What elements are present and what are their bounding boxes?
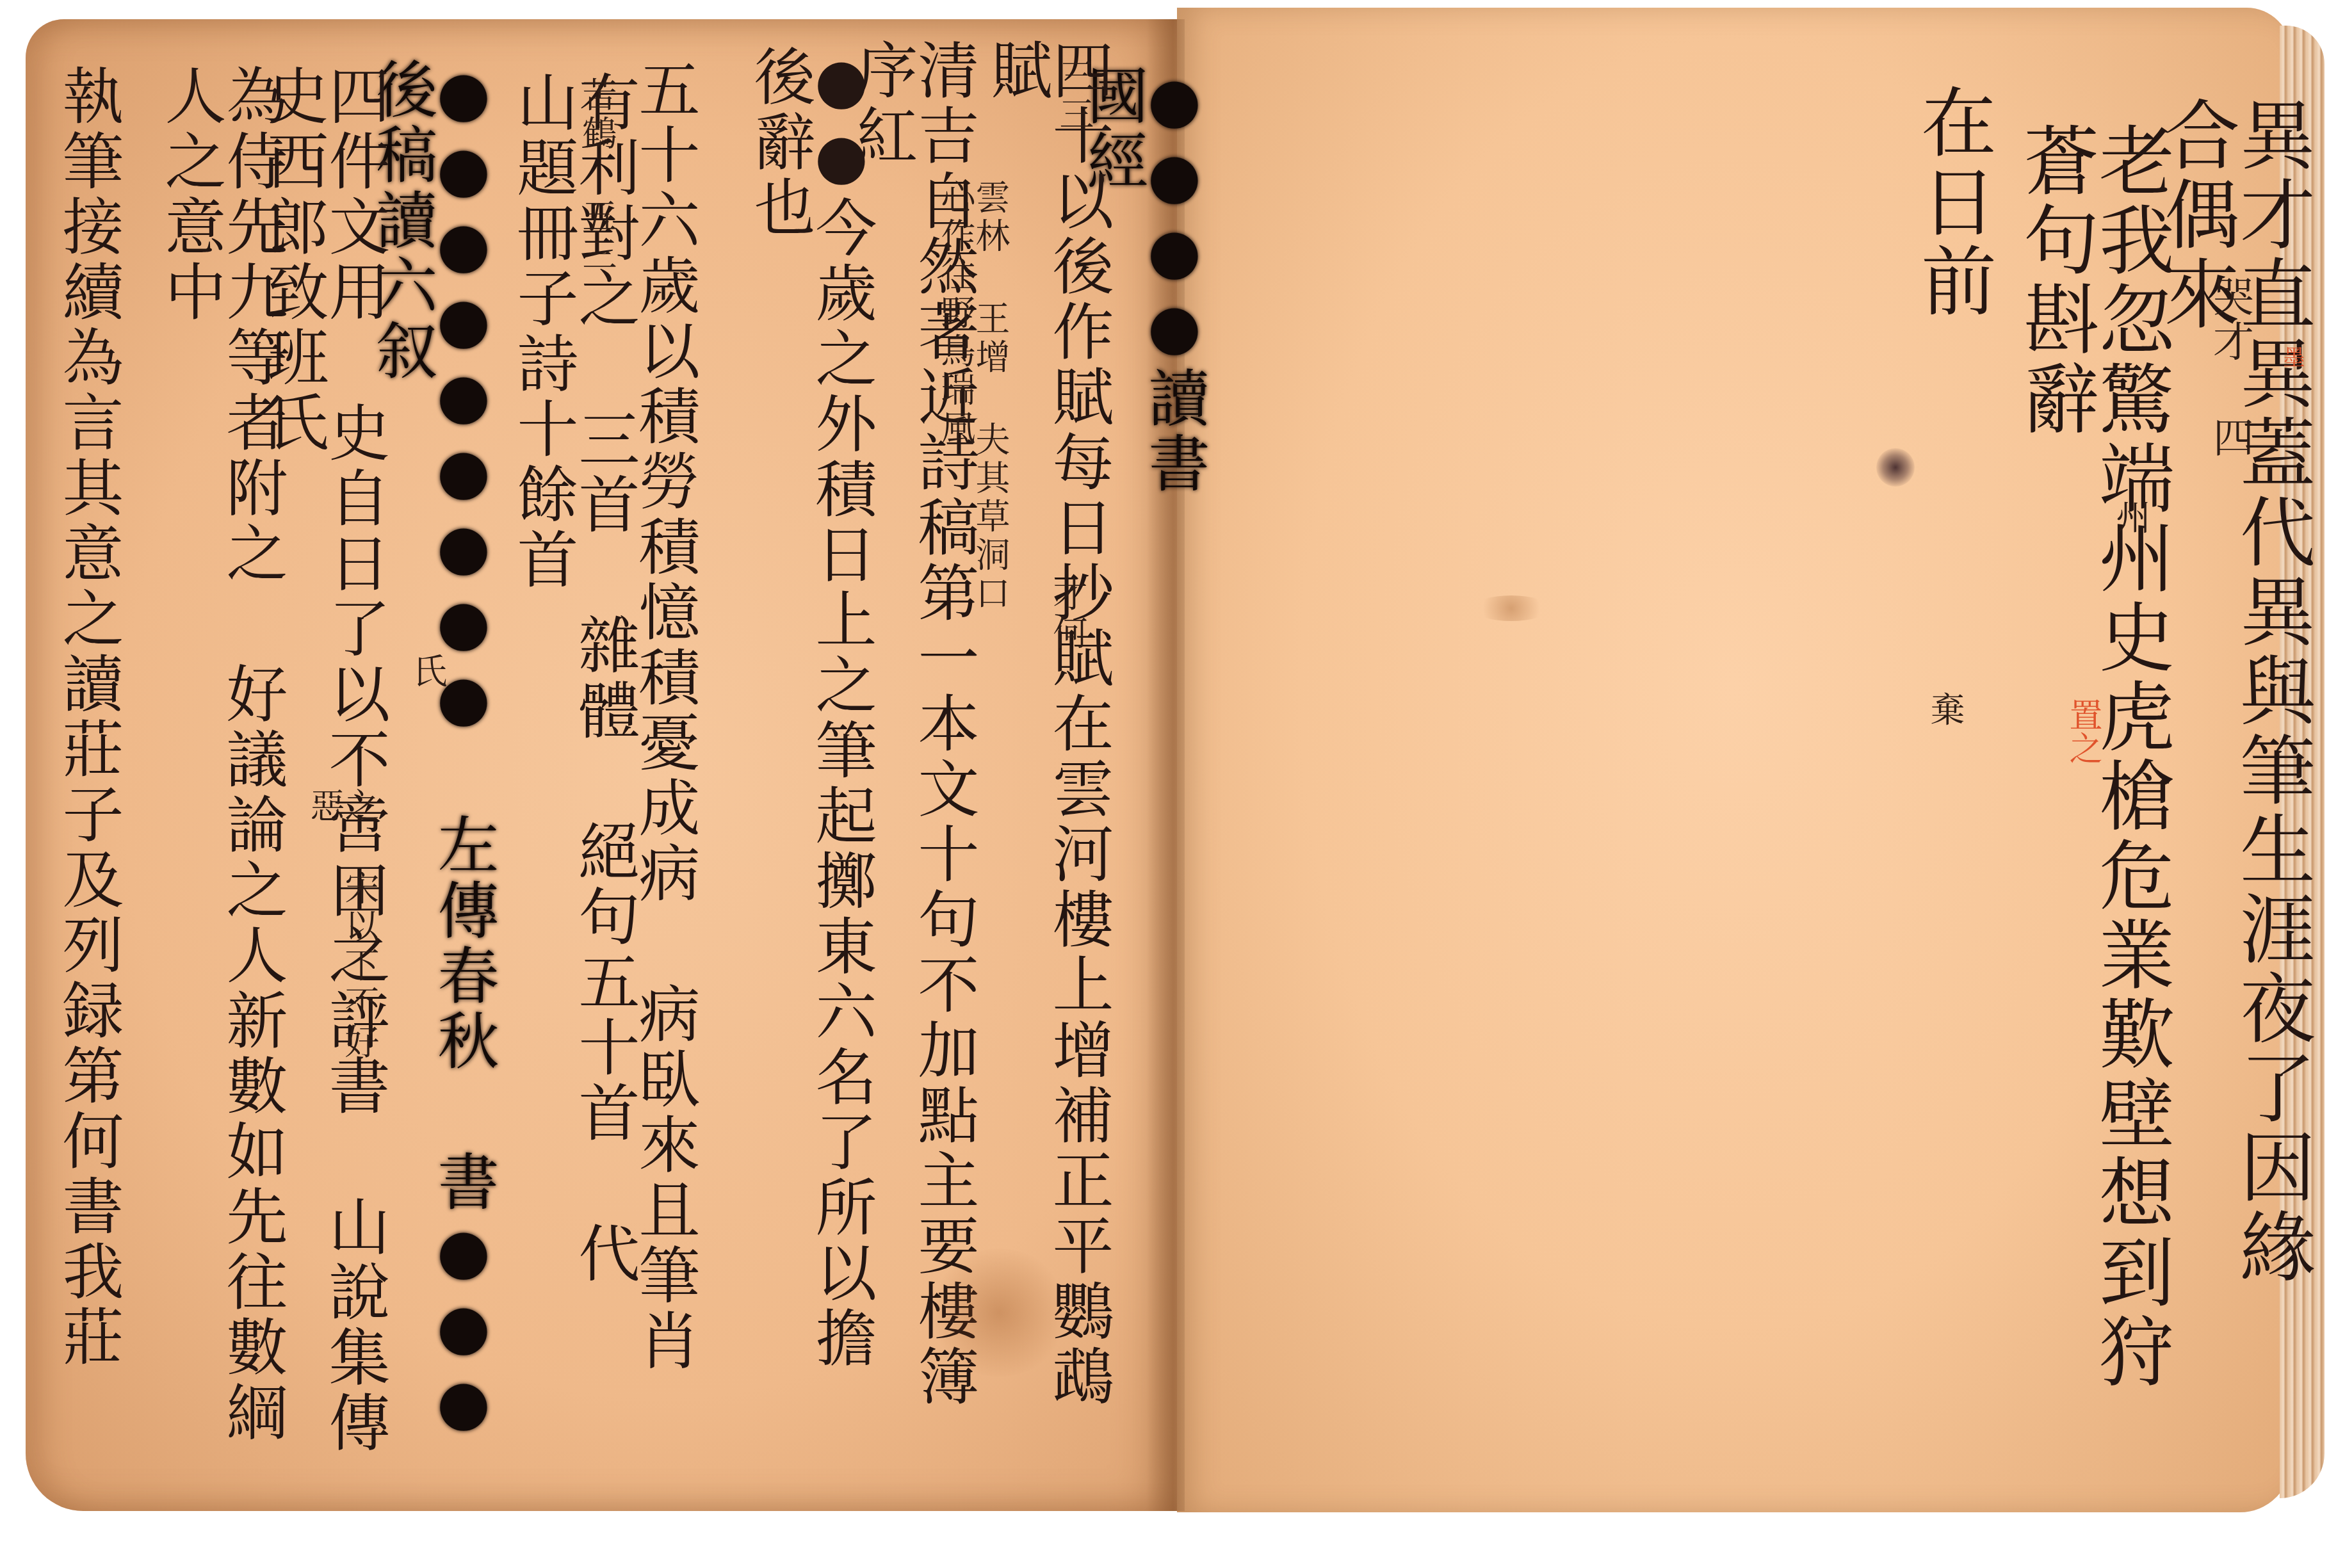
left-annotation-2a: 三三 — [1057, 58, 1091, 134]
red-seal-mark: 置之 — [2059, 698, 2107, 764]
left-annotation-7: 氏 — [410, 653, 444, 691]
water-stain — [929, 1249, 1069, 1377]
manuscript-spread: 異才直異蓋代異與筆生涯夜了因緣合偶來 老我忽驚端州史虎槍危業歎壁想到狩蒼句斟辭 … — [0, 0, 2345, 1568]
left-annotation-6: 苦鶴 五三 — [580, 77, 614, 275]
left-annotation-2b: 才何 — [1050, 576, 1085, 653]
ink-blot — [1876, 448, 1915, 487]
left-annotation-8: 之 宋以下不好惡 — [307, 788, 377, 1076]
left-column-4: ●●今歲之外積日上之筆起擲東六名了所以擔後辭也 — [749, 45, 872, 1389]
left-column-9: 為侍先九等者附之 好議論之人新數如先往數綱人之意中 — [160, 64, 283, 1505]
right-column-3: 在日前 — [1915, 83, 1990, 371]
right-annotation-zhou: 州 — [2113, 499, 2148, 538]
right-annotation-qi: 棄 — [1927, 691, 1962, 730]
right-column-2: 老我忽驚端州史虎槍危業歎壁想到狩蒼句斟辭 — [2017, 122, 2168, 1434]
left-column-10: 執筆接續為言其意之讀莊子及列録第何書我莊 — [58, 64, 119, 1441]
ink-smudge — [1473, 595, 1550, 621]
left-annotation-3: 雲林 王增 夫其草洞口心作往野鳥瑞風 — [938, 179, 1007, 627]
right-page-heading: 哭才 四 — [2209, 275, 2250, 461]
red-heading-mark: 墨 — [2276, 346, 2308, 368]
left-column-5: 五十六歲以積勞積憶積憂成病 病臥來且筆肖 — [634, 58, 695, 1466]
